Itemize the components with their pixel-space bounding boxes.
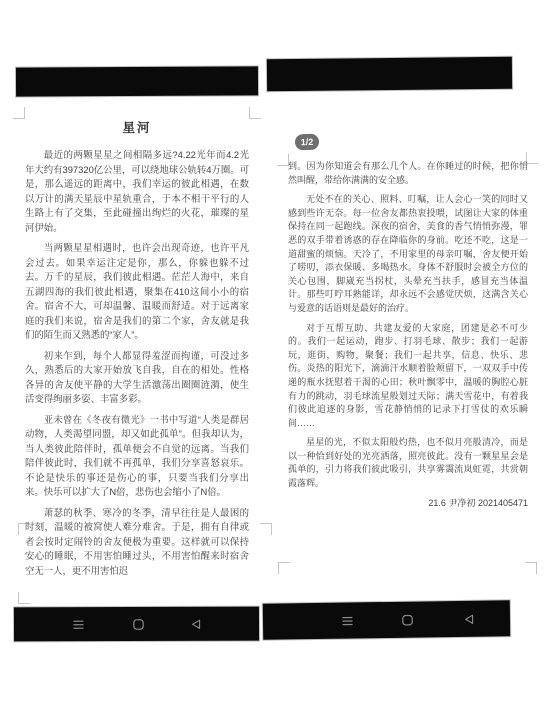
text-boundary-mark: [249, 107, 261, 119]
essay-body-left: 最近的两颗星星之间相隔多远?4.22光年而4.2光年大约有397320亿公里，可…: [25, 148, 249, 584]
text-boundary-mark: [278, 562, 290, 574]
essay-body-right: 到。因为你知道会有那么几个人。在你睡过的时候，把你悄然叫醒，带给你满满的安全感。…: [288, 160, 528, 516]
paragraph: 到。因为你知道会有那么几个人。在你睡过的时候，把你悄然叫醒，带给你满满的安全感。: [288, 160, 528, 187]
android-nav-bar-left: [14, 607, 259, 642]
text-boundary-mark: [13, 107, 25, 119]
scanned-essay-photo: 星河 最近的两颗星星之间相隔多远?4.22光年而4.2光年大约有397320亿公…: [0, 0, 550, 725]
menu-icon[interactable]: [69, 615, 87, 633]
text-boundary-mark: [260, 523, 272, 535]
text-boundary-mark: [525, 562, 537, 574]
paragraph: 星星的光，不似太阳般灼热，也不似月亮般清冷，而是以一种恰到好处的光亮洒落，照亮彼…: [288, 436, 528, 490]
paragraph: 最近的两颗星星之间相隔多远?4.22光年而4.2光年大约有397320亿公里，可…: [25, 148, 249, 235]
paragraph: 当两颗星星相遇时，也许会出现奇迹，也许平凡会过去。如果幸运注定是你，那么，你躲也…: [25, 241, 249, 343]
home-icon[interactable]: [129, 615, 147, 633]
back-icon[interactable]: [460, 610, 478, 628]
paragraph: 对于互帮互助、共建友爱的大家庭，团建是必不可少的。我们一起运动，跑步、打羽毛球、…: [288, 322, 528, 431]
android-nav-bar-right: [263, 600, 510, 639]
menu-icon[interactable]: [338, 611, 356, 629]
page-number-badge: 1/2: [295, 134, 320, 151]
home-icon[interactable]: [398, 611, 416, 629]
essay-title: 星河: [25, 118, 249, 136]
author-signature: 21.6 尹净初 2021405471: [288, 497, 528, 511]
paragraph: 初来乍到，每个人都显得羞涩而拘谨，可没过多久，熟悉后的大家开始放飞自我，自在的相…: [25, 349, 249, 407]
paragraph: 萧瑟的秋季、寒冷的冬季，清早往往是人最困的时刻，温暖的被窝使人难分难舍。于是，拥…: [25, 506, 249, 579]
paragraph: 亚未曾在《冬夜有微光》一书中写道“人类是群居动物，人类渴望同盟，却又如此孤单”。…: [25, 413, 249, 500]
redacted-status-bar-left: [16, 66, 258, 96]
text-boundary-mark: [18, 592, 30, 604]
paragraph: 无处不在的关心、照料、叮嘱，让人会心一笑的同时又感到些许无奈。每一位舍友都热衷投…: [288, 193, 528, 315]
back-icon[interactable]: [187, 615, 205, 633]
redacted-status-bar-right: [267, 57, 512, 92]
